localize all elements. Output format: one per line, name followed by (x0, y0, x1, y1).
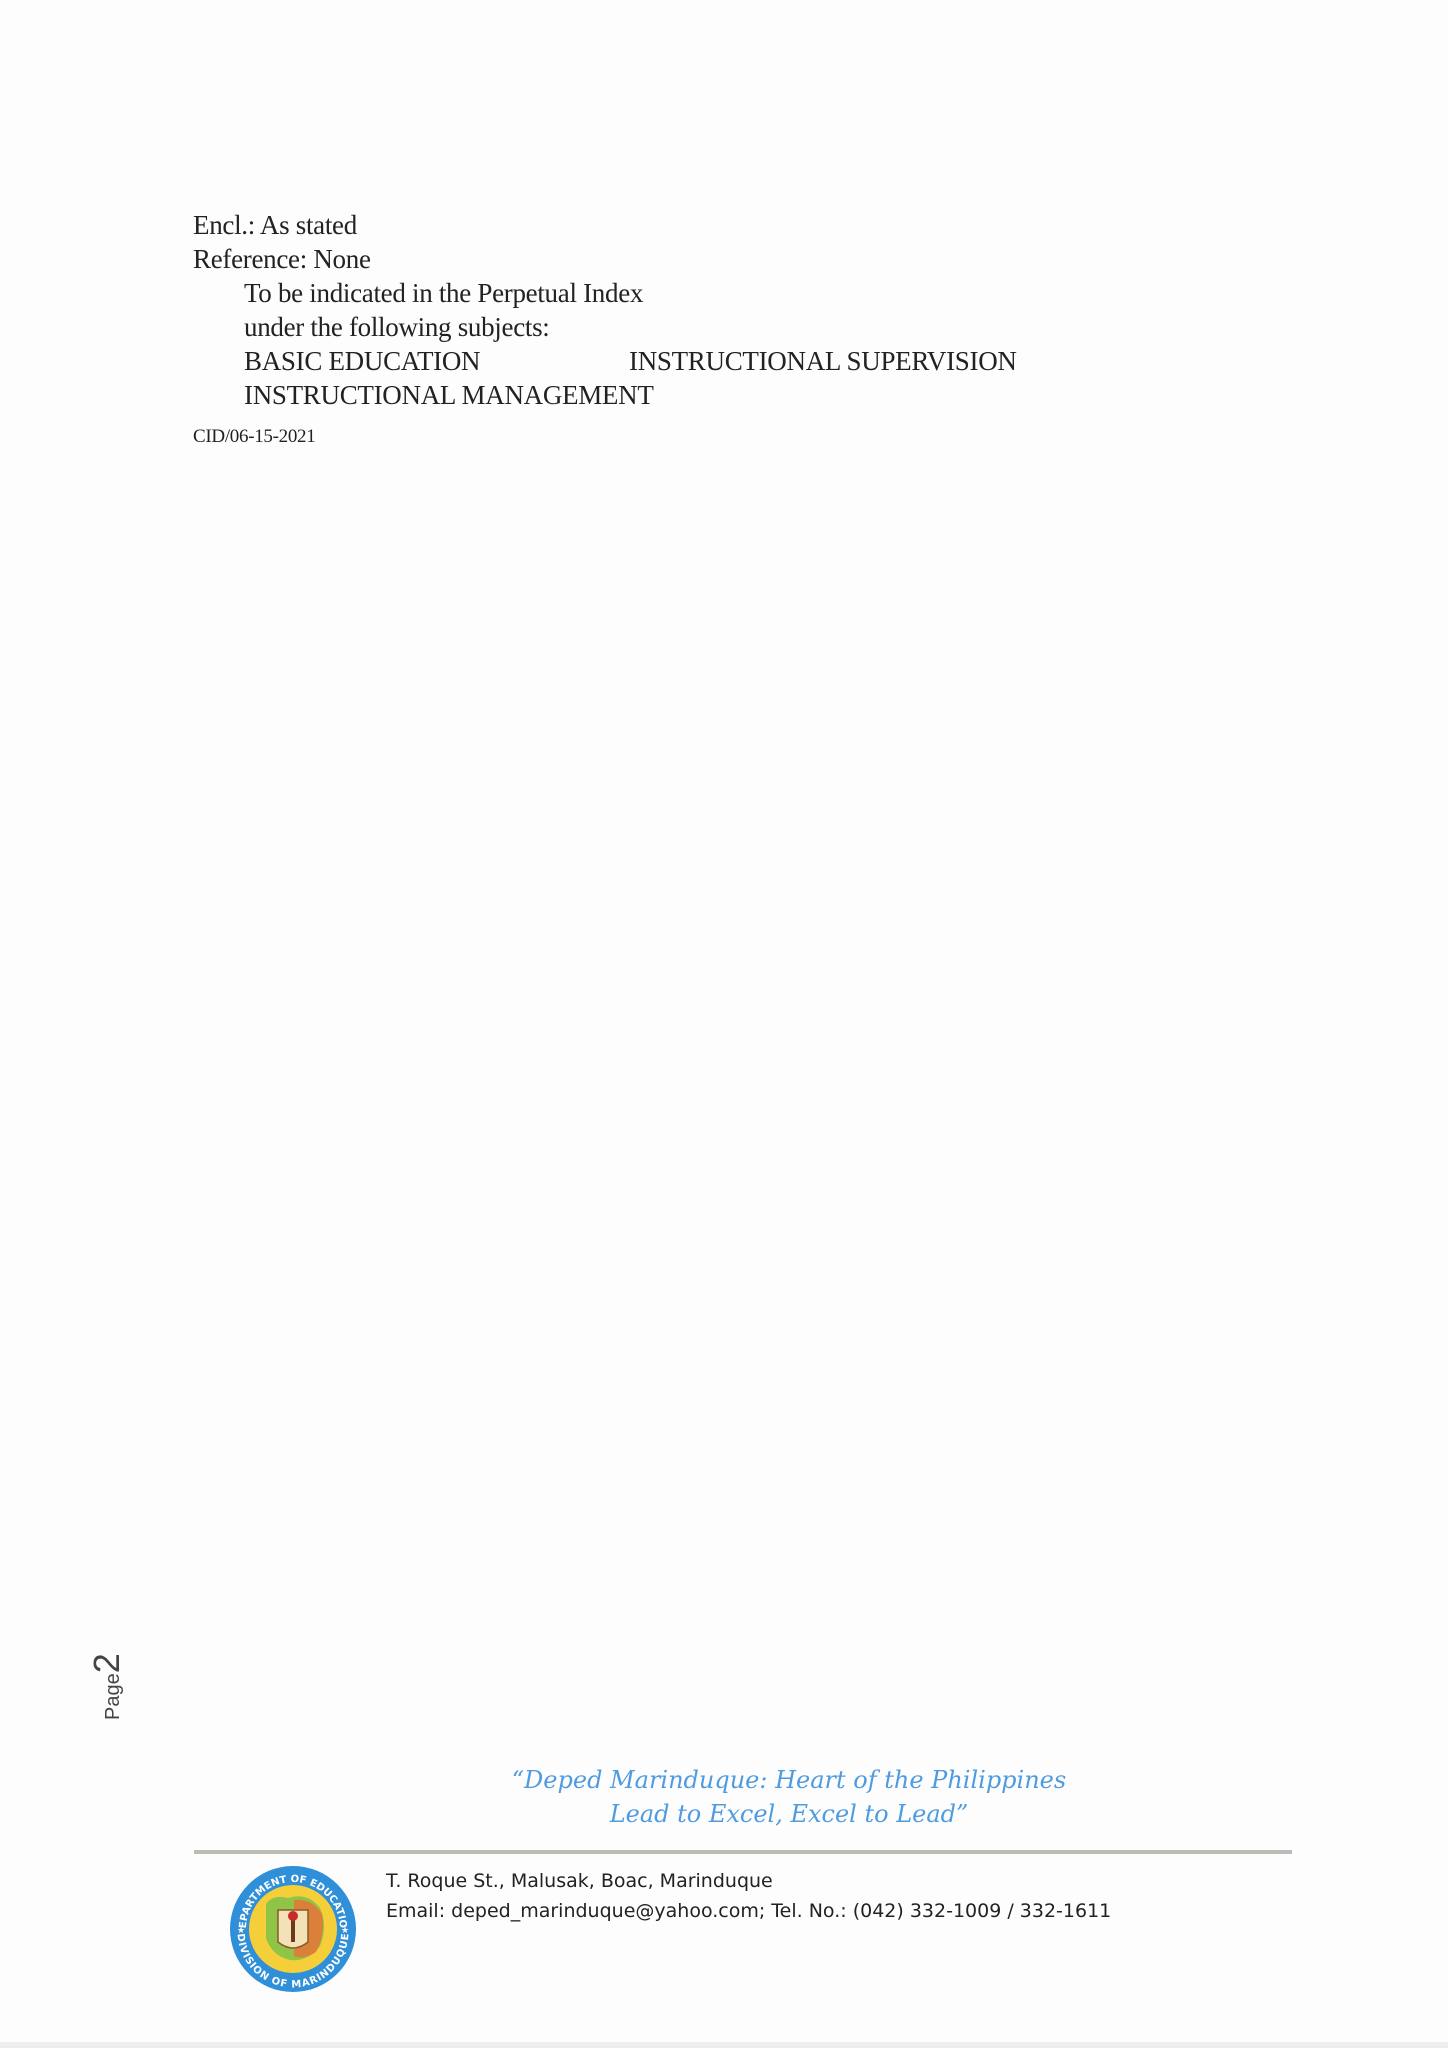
motto: “Deped Marinduque: Heart of the Philippi… (0, 1763, 1448, 1831)
subjects-row: BASIC EDUCATION INSTRUCTIONAL SUPERVISIO… (193, 344, 654, 378)
subject-instructional-supervision: INSTRUCTIONAL SUPERVISION (629, 344, 1017, 378)
footer-divider (194, 1850, 1292, 1854)
footer-contact-block: T. Roque St., Malusak, Boac, Marinduque … (386, 1866, 1111, 1926)
index-note-line2: under the following subjects: (193, 310, 654, 344)
page-number-value: 2 (86, 1653, 127, 1673)
index-note-line1: To be indicated in the Perpetual Index (193, 276, 654, 310)
office-address: T. Roque St., Malusak, Boac, Marinduque (386, 1866, 1111, 1896)
svg-text:★: ★ (341, 1925, 349, 1935)
scan-bottom-edge (0, 2042, 1448, 2048)
contact-info: Email: deped_marinduque@yahoo.com; Tel. … (386, 1896, 1111, 1926)
subject-instructional-management: INSTRUCTIONAL MANAGEMENT (193, 378, 654, 412)
letter-notations: Encl.: As stated Reference: None To be i… (193, 208, 654, 448)
enclosure-line: Encl.: As stated (193, 208, 654, 242)
motto-line2: Lead to Excel, Excel to Lead” (0, 1797, 1448, 1831)
deped-seal-icon: DEPARTMENT OF EDUCATION DIVISION OF MARI… (228, 1864, 358, 1994)
cid-code: CID/06-15-2021 (193, 426, 654, 448)
subject-basic-education: BASIC EDUCATION (244, 346, 480, 376)
svg-text:★: ★ (237, 1925, 245, 1935)
motto-line1: “Deped Marinduque: Heart of the Philippi… (0, 1763, 1448, 1797)
page-label: Page (102, 1673, 124, 1720)
reference-line: Reference: None (193, 242, 654, 276)
page-number: Page2 (86, 1653, 128, 1720)
